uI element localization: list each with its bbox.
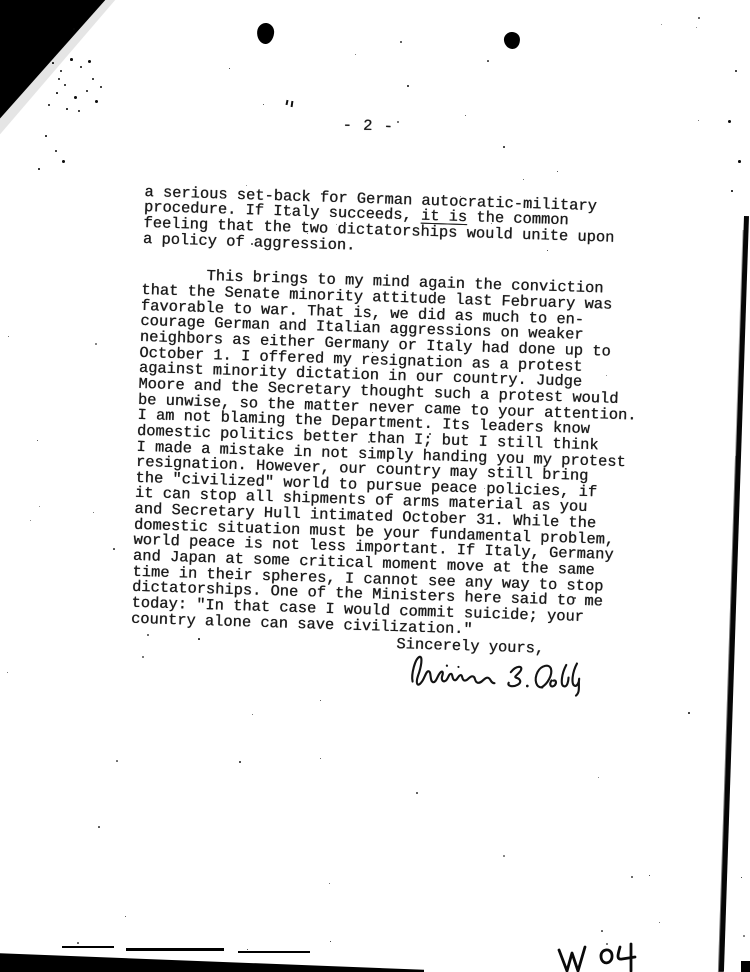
noise-dot xyxy=(606,375,607,376)
noise-dot xyxy=(125,916,126,917)
noise-dot xyxy=(56,92,58,94)
noise-dot xyxy=(8,336,9,337)
hole-punch-mark xyxy=(256,22,275,45)
noise-dot xyxy=(98,826,100,828)
noise-dot xyxy=(239,761,241,763)
noise-dot xyxy=(37,440,38,441)
paragraph-continued: a serious set-back for German autocratic… xyxy=(143,185,665,264)
noise-dot xyxy=(698,120,699,121)
noise-dot xyxy=(45,135,47,137)
noise-dot xyxy=(48,104,50,106)
noise-dot xyxy=(688,712,690,714)
noise-dot xyxy=(113,548,115,550)
handwritten-annotation xyxy=(556,942,646,972)
noise-dot xyxy=(86,90,88,92)
noise-dot xyxy=(598,777,599,778)
noise-dot xyxy=(487,60,489,62)
noise-dot xyxy=(503,146,505,148)
letter-body: - 2 - a serious set-back for German auto… xyxy=(129,112,667,702)
scan-corner-dot xyxy=(741,961,750,972)
noise-dot xyxy=(400,41,402,43)
noise-dot xyxy=(174,489,176,491)
noise-dot xyxy=(330,941,331,942)
noise-dot xyxy=(39,506,40,507)
noise-dot xyxy=(465,115,466,116)
noise-dot xyxy=(320,700,321,701)
noise-dot xyxy=(349,610,350,611)
noise-dot xyxy=(659,922,660,923)
noise-dot xyxy=(93,512,94,513)
noise-dot xyxy=(198,638,200,640)
noise-dot xyxy=(55,150,57,152)
scan-streak xyxy=(62,946,114,948)
noise-dot xyxy=(263,104,264,105)
noise-dot xyxy=(95,100,98,103)
noise-dot xyxy=(416,792,418,794)
noise-dot xyxy=(7,672,8,673)
noise-dot xyxy=(229,68,230,69)
noise-dot xyxy=(78,110,80,112)
noise-dot xyxy=(62,160,65,163)
noise-dot xyxy=(92,78,94,80)
noise-dot xyxy=(66,108,68,110)
noise-dot xyxy=(407,85,409,87)
noise-dot xyxy=(70,58,73,61)
scan-streak xyxy=(126,948,224,951)
noise-dot xyxy=(88,60,91,63)
signature-william-e-dodd xyxy=(407,651,586,701)
noise-dot xyxy=(741,877,742,878)
noise-dot xyxy=(38,168,40,170)
noise-dot xyxy=(696,27,697,28)
noise-dot xyxy=(728,120,731,123)
noise-dot xyxy=(731,190,733,192)
noise-dot xyxy=(73,28,75,30)
noise-dot xyxy=(58,78,60,80)
noise-dot xyxy=(743,935,745,937)
noise-dot xyxy=(355,54,356,55)
noise-dot xyxy=(116,760,118,762)
scan-streak xyxy=(238,951,310,953)
noise-dot xyxy=(606,943,608,945)
noise-dot xyxy=(52,62,54,64)
noise-dot xyxy=(100,86,102,88)
ink-mark xyxy=(286,100,289,105)
noise-dot xyxy=(738,160,741,163)
noise-dot xyxy=(397,121,399,123)
noise-dot xyxy=(435,595,437,597)
noise-dot xyxy=(95,343,97,345)
noise-dot xyxy=(698,17,700,19)
hole-punch-mark xyxy=(503,31,520,49)
scan-edge-artifact xyxy=(0,950,424,972)
noise-dot xyxy=(601,930,603,932)
noise-dot xyxy=(649,875,650,876)
noise-dot xyxy=(74,96,77,99)
scan-line-artifact xyxy=(719,216,749,972)
scanned-letter-page: - 2 - a serious set-back for German auto… xyxy=(0,0,750,972)
noise-dot xyxy=(735,70,737,72)
noise-dot xyxy=(251,243,253,245)
noise-dot xyxy=(320,758,321,759)
noise-dot xyxy=(80,66,82,68)
noise-dot xyxy=(77,942,79,944)
noise-dot xyxy=(503,855,505,857)
noise-dot xyxy=(661,24,662,25)
noise-dot xyxy=(64,84,66,86)
ink-mark xyxy=(291,101,294,107)
noise-dot xyxy=(547,250,548,251)
noise-dot xyxy=(252,714,253,715)
noise-dot xyxy=(574,597,576,599)
noise-dot xyxy=(60,70,62,72)
page-number: - 2 - xyxy=(342,118,666,144)
noise-dot xyxy=(631,876,633,878)
noise-dot xyxy=(284,239,286,241)
noise-dot xyxy=(386,469,388,471)
noise-dot xyxy=(30,520,31,521)
noise-dot xyxy=(329,883,330,884)
paragraph-main: This brings to my mind again the convict… xyxy=(131,267,662,643)
